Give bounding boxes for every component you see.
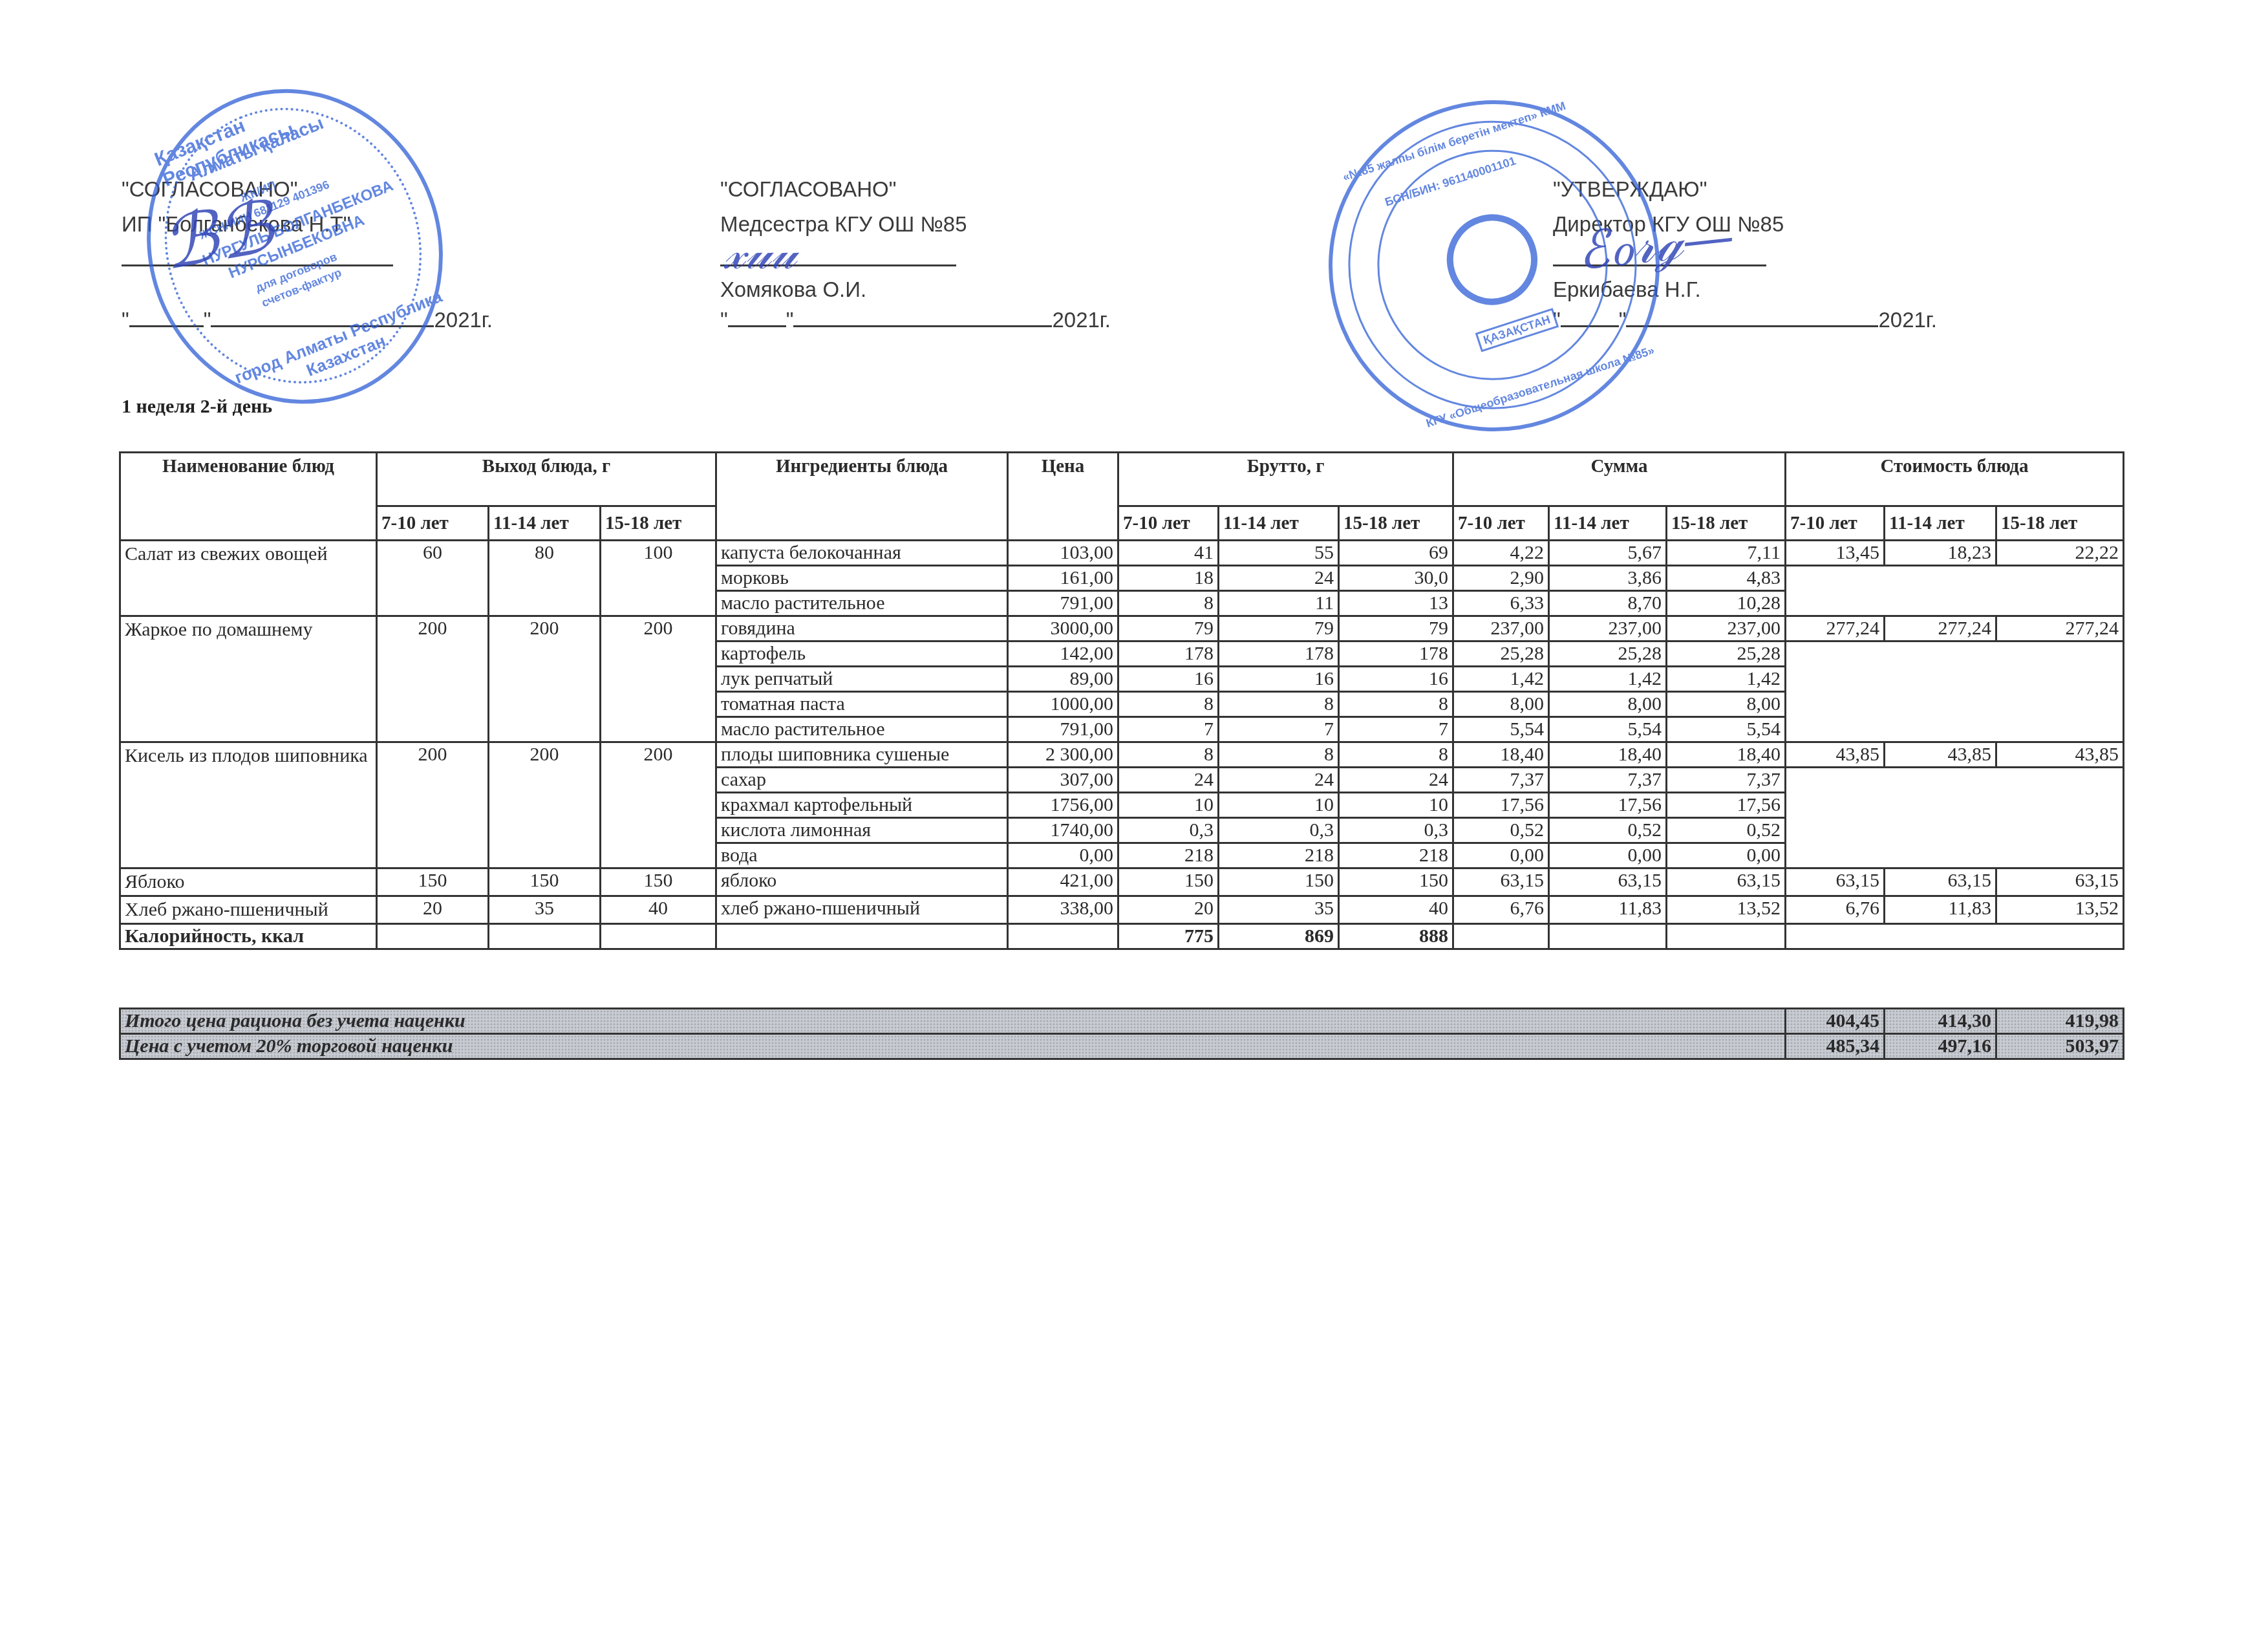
ingredient-sum: 0,00	[1549, 843, 1667, 868]
ingredient-price: 1000,00	[1008, 692, 1118, 717]
header-sum: Сумма	[1453, 453, 1786, 506]
ingredient-sum: 3,86	[1549, 566, 1667, 591]
calories-label: Калорийность, ккал	[120, 924, 377, 949]
ingredient-sum: 63,15	[1549, 868, 1667, 896]
dish-cost: 43,85	[1786, 742, 1885, 768]
dish-yield: 35	[489, 896, 601, 924]
ingredient-brutto: 7	[1339, 717, 1453, 742]
table-row: Кисель из плодов шиповника200200200плоды…	[120, 742, 2124, 768]
ingredient-name: яблоко	[716, 868, 1008, 896]
dish-yield: 200	[601, 616, 716, 742]
calories-sum-blank	[1667, 924, 1786, 949]
ingredient-sum: 0,52	[1549, 818, 1667, 843]
ingredient-brutto: 150	[1219, 868, 1339, 896]
approval-position: ИП "Болганбекова Н.Т"	[122, 207, 493, 242]
ingredient-name: крахмал картофельный	[716, 793, 1008, 818]
dish-cost: 277,24	[1885, 616, 1996, 641]
totals-value: 419,98	[1996, 1009, 2124, 1034]
signature-line	[122, 252, 393, 266]
ingredient-sum: 13,52	[1667, 896, 1786, 924]
ingredient-brutto: 0,3	[1118, 818, 1219, 843]
ingredient-name: плоды шиповника сушеные	[716, 742, 1008, 768]
week-day-label: 1 неделя 2-й день	[122, 396, 272, 418]
ingredient-brutto: 150	[1118, 868, 1219, 896]
calories-yield-blank	[489, 924, 601, 949]
dish-cost: 22,22	[1996, 541, 2124, 566]
ingredient-sum: 237,00	[1667, 616, 1786, 641]
header-dish-name: Наименование блюд	[120, 453, 377, 541]
ingredient-sum: 17,56	[1549, 793, 1667, 818]
ingredient-price: 307,00	[1008, 768, 1118, 793]
ingredient-brutto: 69	[1339, 541, 1453, 566]
ingredient-brutto: 24	[1219, 768, 1339, 793]
dish-cost: 63,15	[1885, 868, 1996, 896]
ingredient-sum: 7,37	[1667, 768, 1786, 793]
ingredient-price: 791,00	[1008, 591, 1118, 616]
dish-yield: 150	[377, 868, 489, 896]
ingredient-price: 0,00	[1008, 843, 1118, 868]
totals-value: 497,16	[1885, 1034, 1996, 1059]
totals-label: Цена с учетом 20% торговой наценки	[120, 1034, 1786, 1059]
dish-cost: 277,24	[1786, 616, 1885, 641]
ingredient-brutto: 7	[1219, 717, 1339, 742]
dish-cost-blank	[1786, 566, 2124, 616]
approval-block-nurse: "СОГЛАСОВАНО" Медсестра КГУ ОШ №85 Хомяк…	[720, 172, 1111, 338]
ingredient-brutto: 150	[1339, 868, 1453, 896]
dish-name: Яблоко	[120, 868, 377, 896]
ingredient-sum: 25,28	[1453, 641, 1549, 667]
ingredient-brutto: 218	[1219, 843, 1339, 868]
ingredient-brutto: 79	[1219, 616, 1339, 641]
dish-cost: 18,23	[1885, 541, 1996, 566]
ingredient-brutto: 40	[1339, 896, 1453, 924]
ingredient-brutto: 13	[1339, 591, 1453, 616]
ingredient-name: сахар	[716, 768, 1008, 793]
ingredient-price: 3000,00	[1008, 616, 1118, 641]
ingredient-sum: 8,00	[1453, 692, 1549, 717]
approval-block-supplier: "СОГЛАСОВАНО" ИП "Болганбекова Н.Т" ""20…	[122, 172, 493, 338]
ingredient-brutto: 20	[1118, 896, 1219, 924]
ingredient-brutto: 30,0	[1339, 566, 1453, 591]
dish-yield: 40	[601, 896, 716, 924]
approval-date: ""2021г.	[720, 303, 1111, 338]
ingredient-brutto: 16	[1118, 667, 1219, 692]
header-age-brutto: 11-14 лет	[1219, 506, 1339, 541]
approval-date: ""2021г.	[1553, 303, 1937, 338]
dish-yield: 200	[377, 742, 489, 868]
ingredient-name: лук репчатый	[716, 667, 1008, 692]
ingredient-price: 421,00	[1008, 868, 1118, 896]
ingredient-sum: 25,28	[1667, 641, 1786, 667]
calories-price-blank	[1008, 924, 1118, 949]
dish-cost: 63,15	[1786, 868, 1885, 896]
ingredient-brutto: 218	[1118, 843, 1219, 868]
ingredient-brutto: 79	[1118, 616, 1219, 641]
ingredient-sum: 237,00	[1549, 616, 1667, 641]
signature-line	[720, 252, 956, 266]
ingredient-brutto: 8	[1118, 692, 1219, 717]
ingredient-sum: 4,83	[1667, 566, 1786, 591]
ingredient-brutto: 24	[1339, 768, 1453, 793]
header-age-yield: 7-10 лет	[377, 506, 489, 541]
calories-value: 869	[1219, 924, 1339, 949]
ingredient-brutto: 11	[1219, 591, 1339, 616]
approval-position: Директор КГУ ОШ №85	[1553, 207, 1937, 242]
ingredient-brutto: 218	[1339, 843, 1453, 868]
ingredient-brutto: 0,3	[1219, 818, 1339, 843]
ingredient-sum: 63,15	[1667, 868, 1786, 896]
ingredient-brutto: 8	[1219, 742, 1339, 768]
ingredient-sum: 1,42	[1667, 667, 1786, 692]
ingredient-name: морковь	[716, 566, 1008, 591]
ingredient-brutto: 41	[1118, 541, 1219, 566]
dish-yield: 200	[601, 742, 716, 868]
dish-cost-blank	[1786, 768, 2124, 868]
ingredient-sum: 0,52	[1667, 818, 1786, 843]
ingredient-name: масло растительное	[716, 591, 1008, 616]
totals-label: Итого цена рациона без учета наценки	[120, 1009, 1786, 1034]
ingredient-sum: 6,76	[1453, 896, 1549, 924]
header-age-yield: 11-14 лет	[489, 506, 601, 541]
approval-name: Еркибаева Н.Г.	[1553, 277, 1937, 303]
ingredient-sum: 5,54	[1549, 717, 1667, 742]
ingredient-brutto: 16	[1339, 667, 1453, 692]
calories-cost-blank	[1786, 924, 2124, 949]
dish-yield: 80	[489, 541, 601, 616]
totals-value: 485,34	[1786, 1034, 1885, 1059]
ingredient-sum: 17,56	[1453, 793, 1549, 818]
ingredient-name: масло растительное	[716, 717, 1008, 742]
calories-value: 888	[1339, 924, 1453, 949]
ingredient-brutto: 10	[1219, 793, 1339, 818]
ingredient-name: картофель	[716, 641, 1008, 667]
menu-table: Наименование блюд Выход блюда, г Ингреди…	[119, 451, 2124, 950]
ingredient-name: говядина	[716, 616, 1008, 641]
ingredient-brutto: 10	[1339, 793, 1453, 818]
ingredient-brutto: 8	[1339, 692, 1453, 717]
ingredient-sum: 18,40	[1667, 742, 1786, 768]
dish-yield: 200	[377, 616, 489, 742]
calories-row: Калорийность, ккал775869888	[120, 924, 2124, 949]
dish-cost-blank	[1786, 641, 2124, 742]
table-row: Яблоко150150150яблоко421,0015015015063,1…	[120, 868, 2124, 896]
ingredient-sum: 5,54	[1453, 717, 1549, 742]
ingredient-name: томатная паста	[716, 692, 1008, 717]
ingredient-sum: 63,15	[1453, 868, 1549, 896]
ingredient-brutto: 55	[1219, 541, 1339, 566]
dish-cost: 13,45	[1786, 541, 1885, 566]
dish-cost: 13,52	[1996, 896, 2124, 924]
ingredient-brutto: 24	[1118, 768, 1219, 793]
ingredient-name: капуста белокочанная	[716, 541, 1008, 566]
header-yield: Выход блюда, г	[377, 453, 716, 506]
ingredient-sum: 6,33	[1453, 591, 1549, 616]
ingredient-name: кислота лимонная	[716, 818, 1008, 843]
dish-cost: 11,83	[1885, 896, 1996, 924]
dish-yield: 20	[377, 896, 489, 924]
dish-yield: 60	[377, 541, 489, 616]
ingredient-sum: 7,37	[1549, 768, 1667, 793]
ingredient-brutto: 8	[1339, 742, 1453, 768]
signature-line	[1553, 252, 1766, 266]
ingredient-brutto: 178	[1219, 641, 1339, 667]
ingredient-sum: 0,52	[1453, 818, 1549, 843]
dish-name: Жаркое по домашнему	[120, 616, 377, 742]
ingredient-brutto: 8	[1219, 692, 1339, 717]
dish-cost: 43,85	[1885, 742, 1996, 768]
header-age-sum: 15-18 лет	[1667, 506, 1786, 541]
dish-name: Кисель из плодов шиповника	[120, 742, 377, 868]
ingredient-sum: 11,83	[1549, 896, 1667, 924]
calories-ingredient-blank	[716, 924, 1008, 949]
ingredient-sum: 8,00	[1549, 692, 1667, 717]
approval-date: ""2021г.	[122, 303, 493, 338]
ingredient-sum: 17,56	[1667, 793, 1786, 818]
ingredient-name: хлеб ржано-пшеничный	[716, 896, 1008, 924]
approval-heading: "СОГЛАСОВАНО"	[720, 172, 1111, 207]
dish-name: Хлеб ржано-пшеничный	[120, 896, 377, 924]
ingredient-sum: 5,54	[1667, 717, 1786, 742]
dish-yield: 200	[489, 742, 601, 868]
dish-cost: 63,15	[1996, 868, 2124, 896]
calories-value: 775	[1118, 924, 1219, 949]
ingredient-price: 1756,00	[1008, 793, 1118, 818]
calories-sum-blank	[1453, 924, 1549, 949]
dish-yield: 100	[601, 541, 716, 616]
emblem-icon	[1435, 202, 1549, 316]
ingredient-name: вода	[716, 843, 1008, 868]
ingredient-price: 103,00	[1008, 541, 1118, 566]
ingredient-brutto: 0,3	[1339, 818, 1453, 843]
dish-yield: 150	[489, 868, 601, 896]
ingredient-sum: 25,28	[1549, 641, 1667, 667]
dish-cost: 6,76	[1786, 896, 1885, 924]
calories-yield-blank	[601, 924, 716, 949]
ingredient-brutto: 79	[1339, 616, 1453, 641]
ingredient-price: 89,00	[1008, 667, 1118, 692]
ingredient-price: 791,00	[1008, 717, 1118, 742]
totals-row: Цена с учетом 20% торговой наценки485,34…	[120, 1034, 2124, 1059]
ingredient-price: 142,00	[1008, 641, 1118, 667]
dish-name: Салат из свежих овощей	[120, 541, 377, 616]
ingredient-sum: 7,37	[1453, 768, 1549, 793]
calories-sum-blank	[1549, 924, 1667, 949]
ingredient-price: 161,00	[1008, 566, 1118, 591]
calories-yield-blank	[377, 924, 489, 949]
ingredient-price: 1740,00	[1008, 818, 1118, 843]
header-age-sum: 11-14 лет	[1549, 506, 1667, 541]
ingredient-sum: 0,00	[1667, 843, 1786, 868]
table-row: Жаркое по домашнему200200200говядина3000…	[120, 616, 2124, 641]
header-age-cost: 15-18 лет	[1996, 506, 2124, 541]
ingredient-brutto: 178	[1339, 641, 1453, 667]
dish-yield: 200	[489, 616, 601, 742]
table-row: Салат из свежих овощей6080100капуста бел…	[120, 541, 2124, 566]
ingredient-sum: 1,42	[1549, 667, 1667, 692]
header-ingredients: Ингредиенты блюда	[716, 453, 1008, 541]
header-age-cost: 7-10 лет	[1786, 506, 1885, 541]
totals-value: 503,97	[1996, 1034, 2124, 1059]
ingredient-brutto: 35	[1219, 896, 1339, 924]
ingredient-sum: 5,67	[1549, 541, 1667, 566]
totals-value: 404,45	[1786, 1009, 1885, 1034]
approval-position: Медсестра КГУ ОШ №85	[720, 207, 1111, 242]
header-age-brutto: 15-18 лет	[1339, 506, 1453, 541]
ingredient-sum: 8,70	[1549, 591, 1667, 616]
ingredient-brutto: 16	[1219, 667, 1339, 692]
totals-row: Итого цена рациона без учета наценки404,…	[120, 1009, 2124, 1034]
totals-value: 414,30	[1885, 1009, 1996, 1034]
ingredient-brutto: 18	[1118, 566, 1219, 591]
header-age-yield: 15-18 лет	[601, 506, 716, 541]
ingredient-brutto: 10	[1118, 793, 1219, 818]
ingredient-brutto: 178	[1118, 641, 1219, 667]
header-age-brutto: 7-10 лет	[1118, 506, 1219, 541]
ingredient-brutto: 7	[1118, 717, 1219, 742]
header-dish-cost: Стоимость блюда	[1786, 453, 2124, 506]
header-age-sum: 7-10 лет	[1453, 506, 1549, 541]
ingredient-sum: 1,42	[1453, 667, 1549, 692]
approval-heading: "СОГЛАСОВАНО"	[122, 172, 493, 207]
ingredient-brutto: 24	[1219, 566, 1339, 591]
ingredient-brutto: 8	[1118, 591, 1219, 616]
ingredient-sum: 18,40	[1453, 742, 1549, 768]
dish-cost: 277,24	[1996, 616, 2124, 641]
ingredient-brutto: 8	[1118, 742, 1219, 768]
header-price: Цена	[1008, 453, 1118, 541]
ingredient-sum: 7,11	[1667, 541, 1786, 566]
ingredient-sum: 18,40	[1549, 742, 1667, 768]
table-row: Хлеб ржано-пшеничный203540хлеб ржано-пше…	[120, 896, 2124, 924]
ingredient-sum: 2,90	[1453, 566, 1549, 591]
dish-cost: 43,85	[1996, 742, 2124, 768]
approval-heading: "УТВЕРЖДАЮ"	[1553, 172, 1937, 207]
approval-block-director: "УТВЕРЖДАЮ" Директор КГУ ОШ №85 Еркибаев…	[1553, 172, 1937, 338]
ingredient-price: 338,00	[1008, 896, 1118, 924]
ingredient-sum: 0,00	[1453, 843, 1549, 868]
ingredient-sum: 237,00	[1453, 616, 1549, 641]
approval-name: Хомякова О.И.	[720, 277, 1111, 303]
ingredient-price: 2 300,00	[1008, 742, 1118, 768]
ingredient-sum: 4,22	[1453, 541, 1549, 566]
ingredient-sum: 8,00	[1667, 692, 1786, 717]
header-brutto: Брутто, г	[1118, 453, 1453, 506]
ingredient-sum: 10,28	[1667, 591, 1786, 616]
header-age-cost: 11-14 лет	[1885, 506, 1996, 541]
dish-yield: 150	[601, 868, 716, 896]
totals-table: Итого цена рациона без учета наценки404,…	[119, 1008, 2124, 1060]
